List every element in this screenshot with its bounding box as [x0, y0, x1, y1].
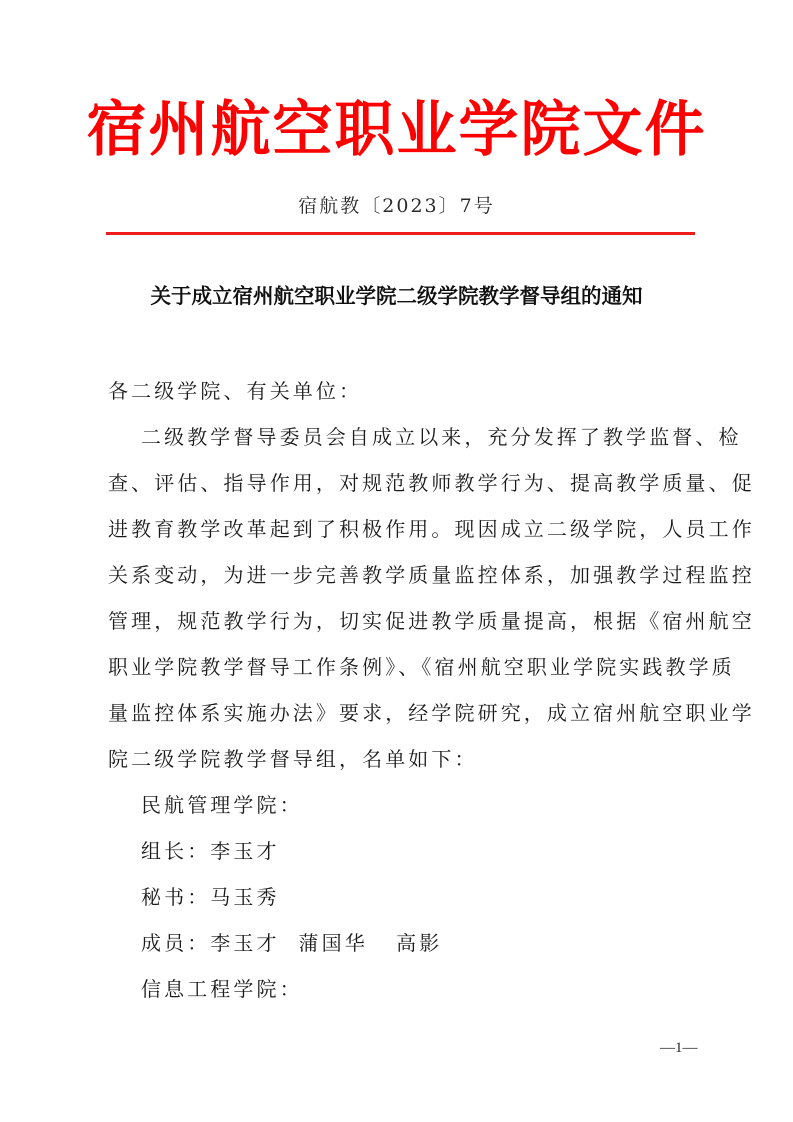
main-paragraph: 二级教学督导委员会自成立以来，充分发挥了教学监督、检 查、评估、指导作用，对规范…: [108, 414, 708, 782]
group-information-engineering: 信息工程学院：: [108, 966, 708, 1012]
document-header-title: 宿州航空职业学院文件: [0, 92, 793, 168]
document-page: 宿州航空职业学院文件 宿航教〔2023〕7号 关于成立宿州航空职业学院二级学院教…: [0, 0, 793, 1122]
paragraph-line: 关系变动，为进一步完善教学质量监控体系，加强教学过程监控: [108, 552, 708, 598]
group-members: 成员：李玉才 蒲国华 高影: [108, 920, 708, 966]
document-body: 各二级学院、有关单位： 二级教学督导委员会自成立以来，充分发挥了教学监督、检 查…: [108, 368, 708, 1012]
group-secretary: 秘书：马玉秀: [108, 874, 708, 920]
salutation: 各二级学院、有关单位：: [108, 368, 708, 414]
group-leader: 组长：李玉才: [108, 828, 708, 874]
group-civil-aviation-management: 民航管理学院： 组长：李玉才 秘书：马玉秀 成员：李玉才 蒲国华 高影: [108, 782, 708, 966]
page-number: —1—: [660, 1038, 698, 1058]
paragraph-line: 管理，规范教学行为，切实促进教学质量提高，根据《宿州航空: [108, 598, 708, 644]
notice-title: 关于成立宿州航空职业学院二级学院教学督导组的通知: [0, 281, 793, 311]
paragraph-line: 量监控体系实施办法》要求，经学院研究，成立宿州航空职业学: [108, 690, 708, 736]
header-red-divider: [106, 232, 695, 235]
paragraph-line: 二级教学督导委员会自成立以来，充分发挥了教学监督、检: [108, 414, 708, 460]
paragraph-line: 院二级学院教学督导组，名单如下：: [108, 736, 708, 782]
paragraph-line: 查、评估、指导作用，对规范教师教学行为、提高教学质量、促: [108, 460, 708, 506]
paragraph-line: 进教育教学改革起到了积极作用。现因成立二级学院，人员工作: [108, 506, 708, 552]
group-college-name: 民航管理学院：: [108, 782, 708, 828]
group-college-name: 信息工程学院：: [108, 966, 708, 1012]
paragraph-line: 职业学院教学督导工作条例》、《宿州航空职业学院实践教学质: [108, 644, 708, 690]
document-number: 宿航教〔2023〕7号: [0, 193, 793, 219]
